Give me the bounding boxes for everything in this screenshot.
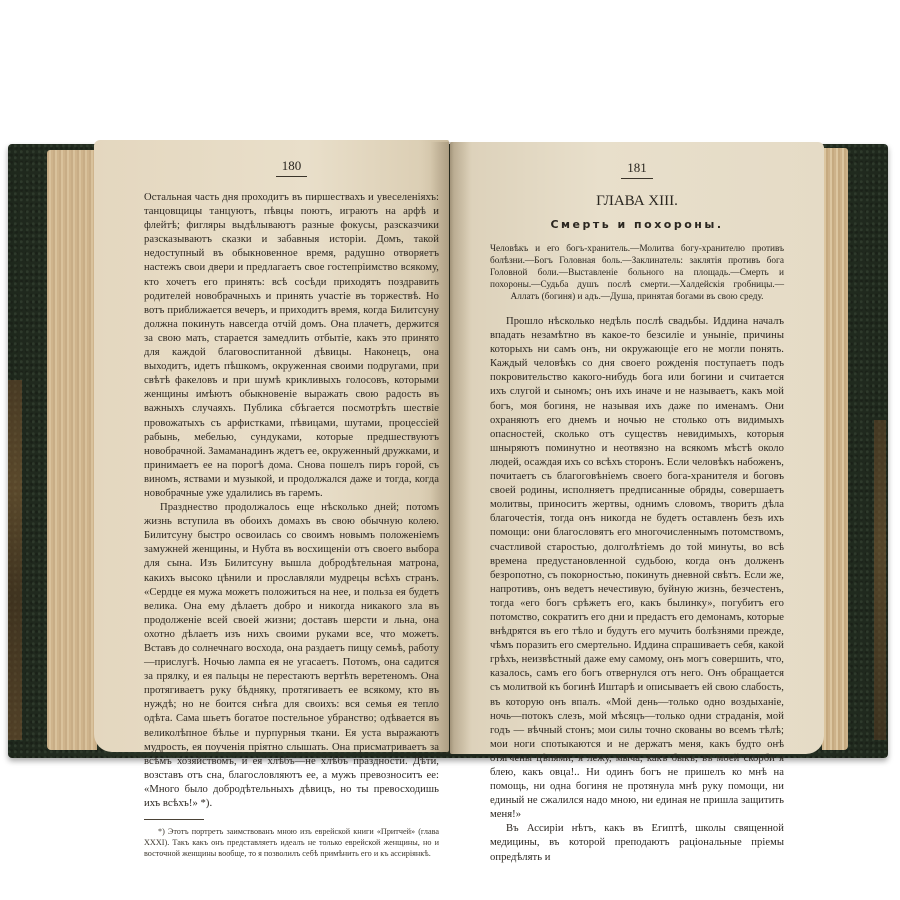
chapter-title: ГЛАВА XIII. <box>490 193 784 210</box>
footnote-divider <box>144 819 204 820</box>
page-edges-right <box>822 148 848 750</box>
table-surface <box>8 380 22 740</box>
chapter-subtitle: Смерть и похороны. <box>490 218 784 231</box>
left-page: 180 Остальная часть дня проходитъ въ пир… <box>94 140 449 752</box>
paragraph: Празднество продолжалось еще нѣсколько д… <box>144 501 439 811</box>
footnote: *) Этотъ портретъ заимствованъ мною изъ … <box>144 826 439 859</box>
page-number: 180 <box>144 158 439 177</box>
chapter-summary: Человѣкъ и его богъ-хранитель.—Молитва б… <box>490 243 784 303</box>
page-edges-left <box>47 150 97 750</box>
page-number-text: 181 <box>621 160 653 179</box>
table-surface <box>874 420 886 740</box>
page-number-text: 180 <box>276 158 308 177</box>
right-page: 181 ГЛАВА XIII. Смерть и похороны. Челов… <box>450 142 824 754</box>
paragraph: Прошло нѣсколько недѣль послѣ свадьбы. И… <box>490 315 784 822</box>
page-number: 181 <box>490 160 784 179</box>
paragraph: Остальная часть дня проходитъ въ пиршест… <box>144 191 439 501</box>
body-text: Прошло нѣсколько недѣль послѣ свадьбы. И… <box>490 315 784 865</box>
paragraph: Въ Ассиріи нѣтъ, какъ въ Египтѣ, школы с… <box>490 822 784 864</box>
body-text: Остальная часть дня проходитъ въ пиршест… <box>144 191 439 811</box>
